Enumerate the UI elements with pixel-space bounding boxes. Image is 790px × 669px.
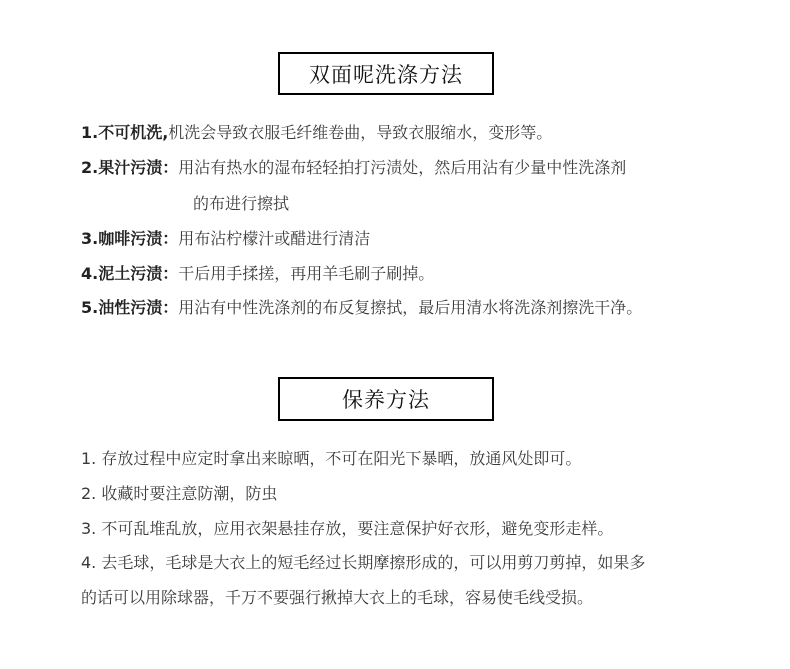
- washing-item-5: 5.油性污渍：用沾有中性洗涤剂的布反复擦拭，最后用清水将洗涤剂擦洗干净。: [81, 298, 642, 318]
- washing-item-2: 2.果汁污渍：用沾有热水的湿布轻轻拍打污渍处，然后用沾有少量中性洗涤剂: [81, 158, 626, 178]
- care-item-3: 3. 不可乱堆乱放，应用衣架悬挂存放，要注意保护好衣形，避免变形走样。: [81, 519, 613, 539]
- item-label: 1.不可机洗,: [81, 123, 168, 142]
- item-label: 5.油性污渍：: [81, 298, 178, 317]
- washing-item-3: 3.咖啡污渍：用布沾柠檬汁或醋进行清洁: [81, 229, 370, 249]
- item-text: 机洗会导致衣服毛纤维卷曲，导致衣服缩水，变形等。: [168, 123, 552, 142]
- item-label: 2.果汁污渍：: [81, 158, 178, 177]
- item-text: 用沾有中性洗涤剂的布反复擦拭，最后用清水将洗涤剂擦洗干净。: [178, 298, 642, 317]
- item-text: 用沾有热水的湿布轻轻拍打污渍处，然后用沾有少量中性洗涤剂: [178, 158, 626, 177]
- washing-item-4: 4.泥土污渍：干后用手揉搓，再用羊毛刷子刷掉。: [81, 264, 434, 284]
- washing-item-2-continuation: 的布进行擦拭: [193, 194, 289, 214]
- care-item-4-continuation: 的话可以用除球器，千万不要强行揪掉大衣上的毛球，容易使毛线受损。: [81, 588, 593, 608]
- item-text: 用布沾柠檬汁或醋进行清洁: [178, 229, 370, 248]
- washing-item-1: 1.不可机洗,机洗会导致衣服毛纤维卷曲，导致衣服缩水，变形等。: [81, 123, 552, 143]
- item-label: 4.泥土污渍：: [81, 264, 178, 283]
- care-item-1: 1. 存放过程中应定时拿出来晾晒，不可在阳光下暴晒，放通风处即可。: [81, 449, 581, 469]
- care-item-4: 4. 去毛球，毛球是大衣上的短毛经过长期摩擦形成的，可以用剪刀剪掉，如果多: [81, 553, 645, 573]
- section-title-care: 保养方法: [278, 377, 494, 421]
- section-title-washing: 双面呢洗涤方法: [278, 52, 494, 95]
- item-text: 干后用手揉搓，再用羊毛刷子刷掉。: [178, 264, 434, 283]
- care-item-2: 2. 收藏时要注意防潮，防虫: [81, 484, 277, 504]
- item-label: 3.咖啡污渍：: [81, 229, 178, 248]
